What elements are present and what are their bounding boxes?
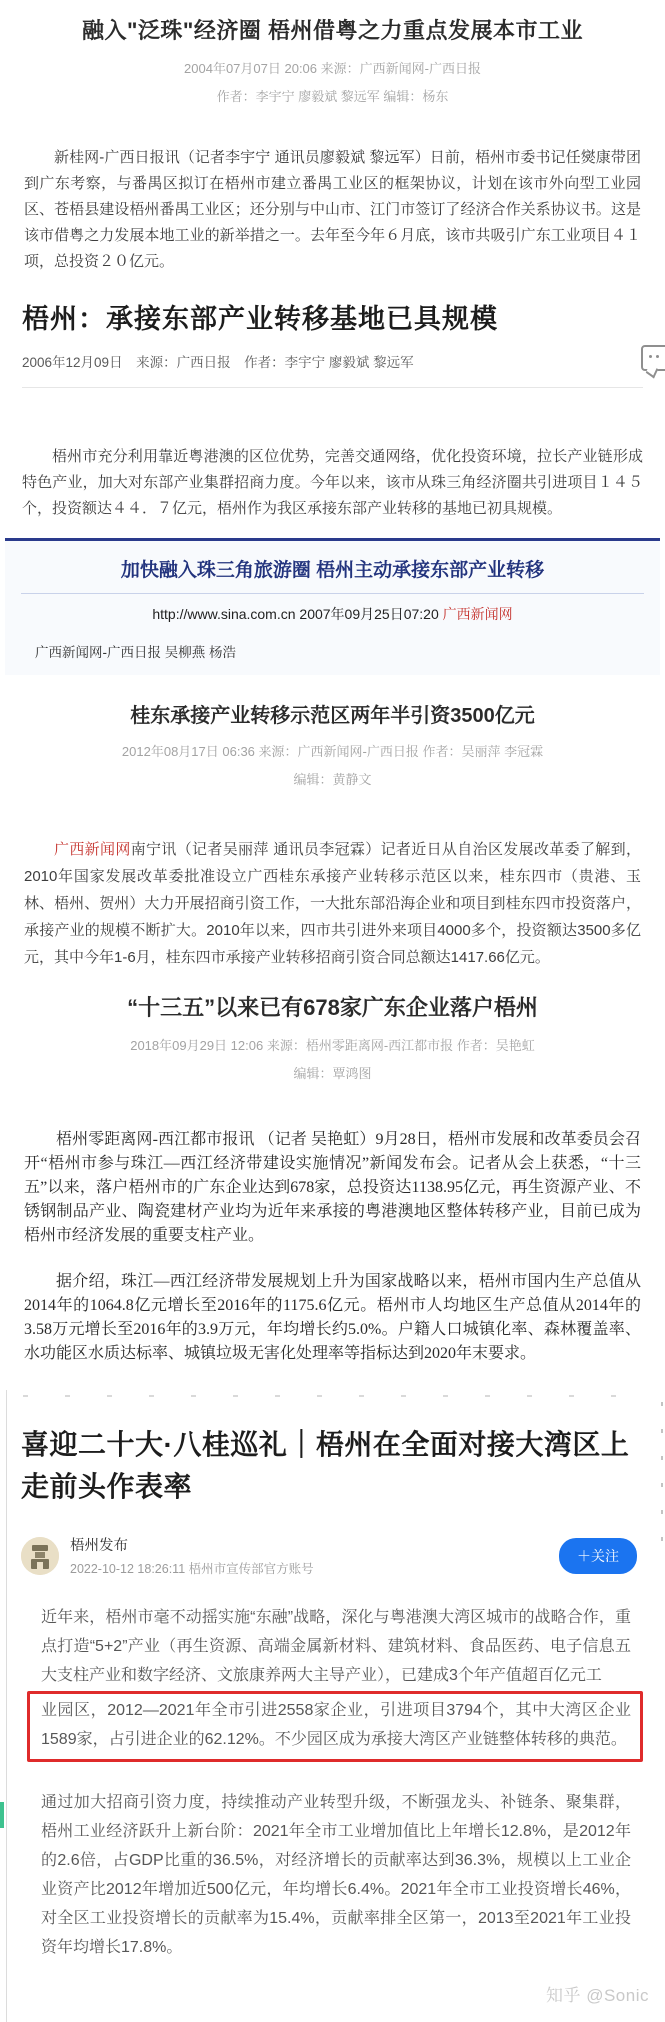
- wuzhou-fabu-avatar: [21, 1537, 59, 1575]
- article-2018-meta: 2018年09月29日 12:06 来源：梧州零距离网-西江都市报 作者：吴艳虹: [24, 1035, 641, 1054]
- article-2007-meta: http://www.sina.com.cn 2007年09月25日07:20 …: [21, 604, 644, 624]
- article-2022-title: 喜迎二十大·八桂巡礼｜梧州在全面对接大湾区上走前头作表率: [21, 1424, 645, 1508]
- article-2022-body-p1: 近年来，梧州市毫不动摇实施“东融”战略，深化与粤港澳大湾区城市的战略合作，重点打…: [41, 1603, 631, 1690]
- article-2022-body-p2: 通过加大招商引资力度，持续推动产业转型升级，不断强龙头、补链条、聚集群，梧州工业…: [41, 1788, 631, 1962]
- author-name: 梧州发布: [70, 1534, 559, 1555]
- article-2012-title: 桂东承接产业转移示范区两年半引资3500亿元: [24, 699, 641, 728]
- article-2006-meta: 2006年12月09日 来源：广西日报 作者：李宇宁 廖毅斌 黎远军: [22, 355, 414, 370]
- article-2018-title: “十三五”以来已有678家广东企业落户梧州: [24, 991, 641, 1022]
- article-2012-body: 广西新闻网南宁讯（记者吴丽萍 通讯员李冠霖）记者近日从自治区发展改革委了解到，2…: [24, 836, 641, 971]
- article-2007-title: 加快融入珠三角旅游圈 梧州主动承接东部产业转移: [21, 555, 644, 582]
- follow-button[interactable]: ＋关注: [559, 1538, 637, 1574]
- comment-bubble-icon[interactable]: [641, 345, 665, 371]
- article-2012-editor: 编辑：黄静文: [24, 769, 641, 788]
- article-2012-source-lead: 广西新闻网: [54, 841, 131, 858]
- article-2022-card: 喜迎二十大·八桂巡礼｜梧州在全面对接大湾区上走前头作表率 梧州发布 2022-1…: [6, 1390, 665, 2022]
- article-2004: 融入"泛珠"经济圈 梧州借粤之力重点发展本市工业 2004年07月07日 20:…: [0, 0, 665, 275]
- article-2018: “十三五”以来已有678家广东企业落户梧州 2018年09月29日 12:06 …: [0, 971, 665, 1366]
- article-2004-title: 融入"泛珠"经济圈 梧州借粤之力重点发展本市工业: [24, 14, 641, 45]
- dashed-right-edge: [661, 1402, 663, 1550]
- article-2006-meta-row: 2006年12月09日 来源：广西日报 作者：李宇宁 廖毅斌 黎远军: [22, 351, 643, 371]
- article-2012: 桂东承接产业转移示范区两年半引资3500亿元 2012年08月17日 06:36…: [0, 675, 665, 971]
- green-edge-marker: [0, 1802, 4, 1828]
- publish-meta: 2022-10-12 18:26:11 梧州市宣传部官方账号: [70, 1559, 559, 1577]
- zhihu-watermark: 知乎 @Sonic: [546, 1981, 649, 2006]
- news-screenshot-compilation: 融入"泛珠"经济圈 梧州借粤之力重点发展本市工业 2004年07月07日 20:…: [0, 0, 665, 2022]
- article-2007-sina-box: 加快融入珠三角旅游圈 梧州主动承接东部产业转移 http://www.sina.…: [5, 538, 660, 675]
- article-2007-byline: 广西新闻网-广西日报 吴柳燕 杨浩: [21, 641, 644, 661]
- article-2006-body: 梧州市充分利用靠近粤港澳的区位优势，完善交通网络，优化投资环境，拉长产业链形成特…: [22, 444, 643, 522]
- article-2007-source: 广西新闻网: [443, 606, 513, 622]
- article-2007-url-datetime: http://www.sina.com.cn 2007年09月25日07:20: [152, 606, 442, 622]
- article-2012-meta: 2012年08月17日 06:36 来源：广西新闻网-广西日报 作者：吴丽萍 李…: [24, 741, 641, 760]
- author-row: 梧州发布 2022-10-12 18:26:11 梧州市宣传部官方账号 ＋关注: [21, 1534, 645, 1577]
- avatar-building-illustration: [21, 1537, 59, 1575]
- section-divider: [22, 387, 643, 388]
- article-2006: 梧州：承接东部产业转移基地已具规模 2006年12月09日 来源：广西日报 作者…: [0, 275, 665, 522]
- dashed-top-edge: [23, 1395, 649, 1397]
- article-2018-body-p2: 据介绍，珠江—西江经济带发展规划上升为国家战略以来，梧州市国内生产总值从2014…: [24, 1270, 641, 1366]
- article-2004-meta: 2004年07月07日 20:06 来源：广西新闻网-广西日报: [24, 58, 641, 77]
- red-highlight-box: 业园区，2012—2021年全市引进2558家企业，引进项目3794个，其中大湾…: [27, 1691, 643, 1762]
- article-2012-body-text: 南宁讯（记者吴丽萍 通讯员李冠霖）记者近日从自治区发展改革委了解到，2010年国…: [24, 841, 641, 966]
- article-2018-body-p1: 梧州零距离网-西江都市报讯 （记者 吴艳虹）9月28日，梧州市发展和改革委员会召…: [24, 1128, 641, 1248]
- article-2006-title: 梧州：承接东部产业转移基地已具规模: [22, 297, 643, 336]
- article-2018-editor: 编辑：覃鸿图: [24, 1063, 641, 1082]
- sina-title-divider: [21, 593, 644, 594]
- article-2004-body: 新桂网-广西日报讯（记者李宇宁 通讯员廖毅斌 黎远军）日前，梧州市委书记任爕康带…: [24, 145, 641, 275]
- article-2004-authors: 作者：李宇宁 廖毅斌 黎远军 编辑：杨东: [24, 86, 641, 105]
- author-info: 梧州发布 2022-10-12 18:26:11 梧州市宣传部官方账号: [70, 1534, 559, 1577]
